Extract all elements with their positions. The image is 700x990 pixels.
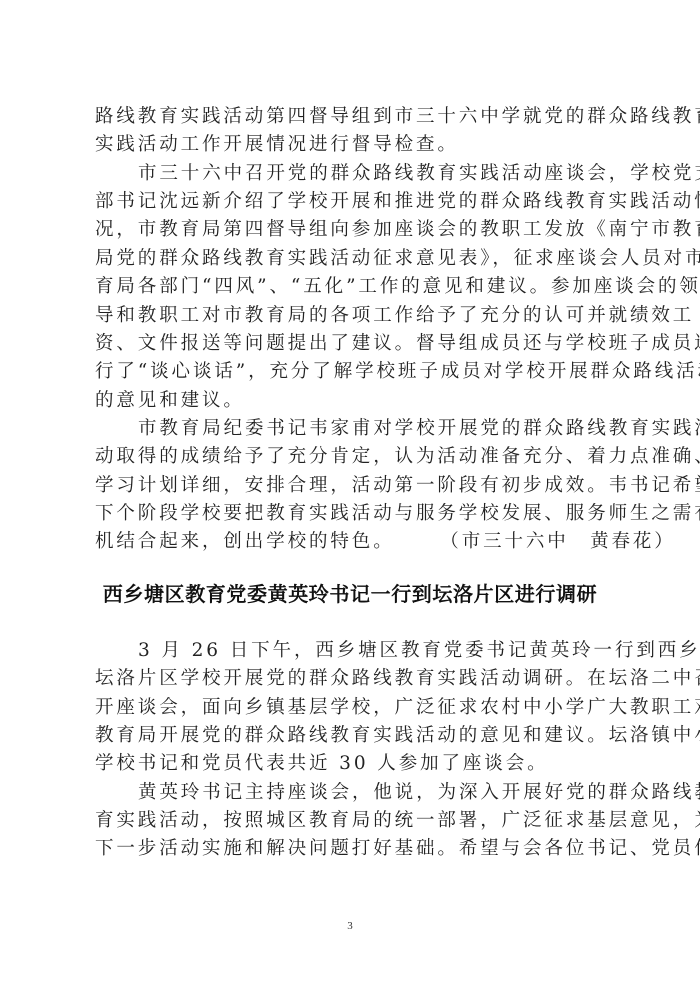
page-number: 3 xyxy=(0,920,700,932)
body-line: 况，市教育局第四督导组向参加座谈会的教职工发放《南宁市教育 xyxy=(95,216,615,244)
paragraph-start-line: 黄英玲书记主持座谈会，他说，为深入开展好党的群众路线教 xyxy=(138,779,615,807)
body-line: 实践活动工作开展情况进行督导检查。 xyxy=(95,131,615,159)
body-line: 的意见和建议。 xyxy=(95,387,615,415)
byline-line: 机结合起来，创出学校的特色。 （市三十六中 黄春花） xyxy=(95,528,615,556)
document-page: 路线教育实践活动第四督导组到市三十六中学就党的群众路线教育 实践活动工作开展情况… xyxy=(0,0,700,990)
body-line: 学校书记和党员代表共近 30 人参加了座谈会。 xyxy=(95,750,615,778)
body-line: 资、文件报送等问题提出了建议。督导组成员还与学校班子成员进 xyxy=(95,330,615,358)
body-line: 下个阶段学校要把教育实践活动与服务学校发展、服务师生之需有 xyxy=(95,500,615,528)
body-line: 导和教职工对市教育局的各项工作给予了充分的认可并就绩效工 xyxy=(95,302,615,330)
body-line: 部书记沈远新介绍了学校开展和推进党的群众路线教育实践活动情 xyxy=(95,188,615,216)
body-line: 开座谈会，面向乡镇基层学校，广泛征求农村中小学广大教职工对 xyxy=(95,694,615,722)
body-line: 育实践活动，按照城区教育局的统一部署，广泛征求基层意见，为 xyxy=(95,807,615,835)
paragraph-start-line: 3 月 26 日下午，西乡塘区教育党委书记黄英玲一行到西乡塘区 xyxy=(138,637,615,665)
body-line: 坛洛片区学校开展党的群众路线教育实践活动调研。在坛洛二中召 xyxy=(95,665,615,693)
body-line: 动取得的成绩给予了充分肯定，认为活动准备充分、着力点准确、 xyxy=(95,443,615,471)
body-line: 下一步活动实施和解决问题打好基础。希望与会各位书记、党员代 xyxy=(95,835,615,863)
body-line: 教育局开展党的群众路线教育实践活动的意见和建议。坛洛镇中小 xyxy=(95,722,615,750)
body-line: 行了“谈心谈话”，充分了解学校班子成员对学校开展群众路线活动 xyxy=(95,358,615,386)
paragraph-start-line: 市三十六中召开党的群众路线教育实践活动座谈会，学校党支 xyxy=(138,160,615,188)
body-line: 育局各部门“四风”、“五化”工作的意见和建议。参加座谈会的领 xyxy=(95,273,615,301)
body-line: 路线教育实践活动第四督导组到市三十六中学就党的群众路线教育 xyxy=(95,103,615,131)
paragraph-start-line: 市教育局纪委书记韦家甫对学校开展党的群众路线教育实践活 xyxy=(138,415,615,443)
body-line: 局党的群众路线教育实践活动征求意见表》，征求座谈会人员对市教 xyxy=(95,245,615,273)
section-title: 西乡塘区教育党委黄英玲书记一行到坛洛片区进行调研 xyxy=(0,580,700,608)
body-line: 学习计划详细，安排合理，活动第一阶段有初步成效。韦书记希望， xyxy=(95,472,615,500)
